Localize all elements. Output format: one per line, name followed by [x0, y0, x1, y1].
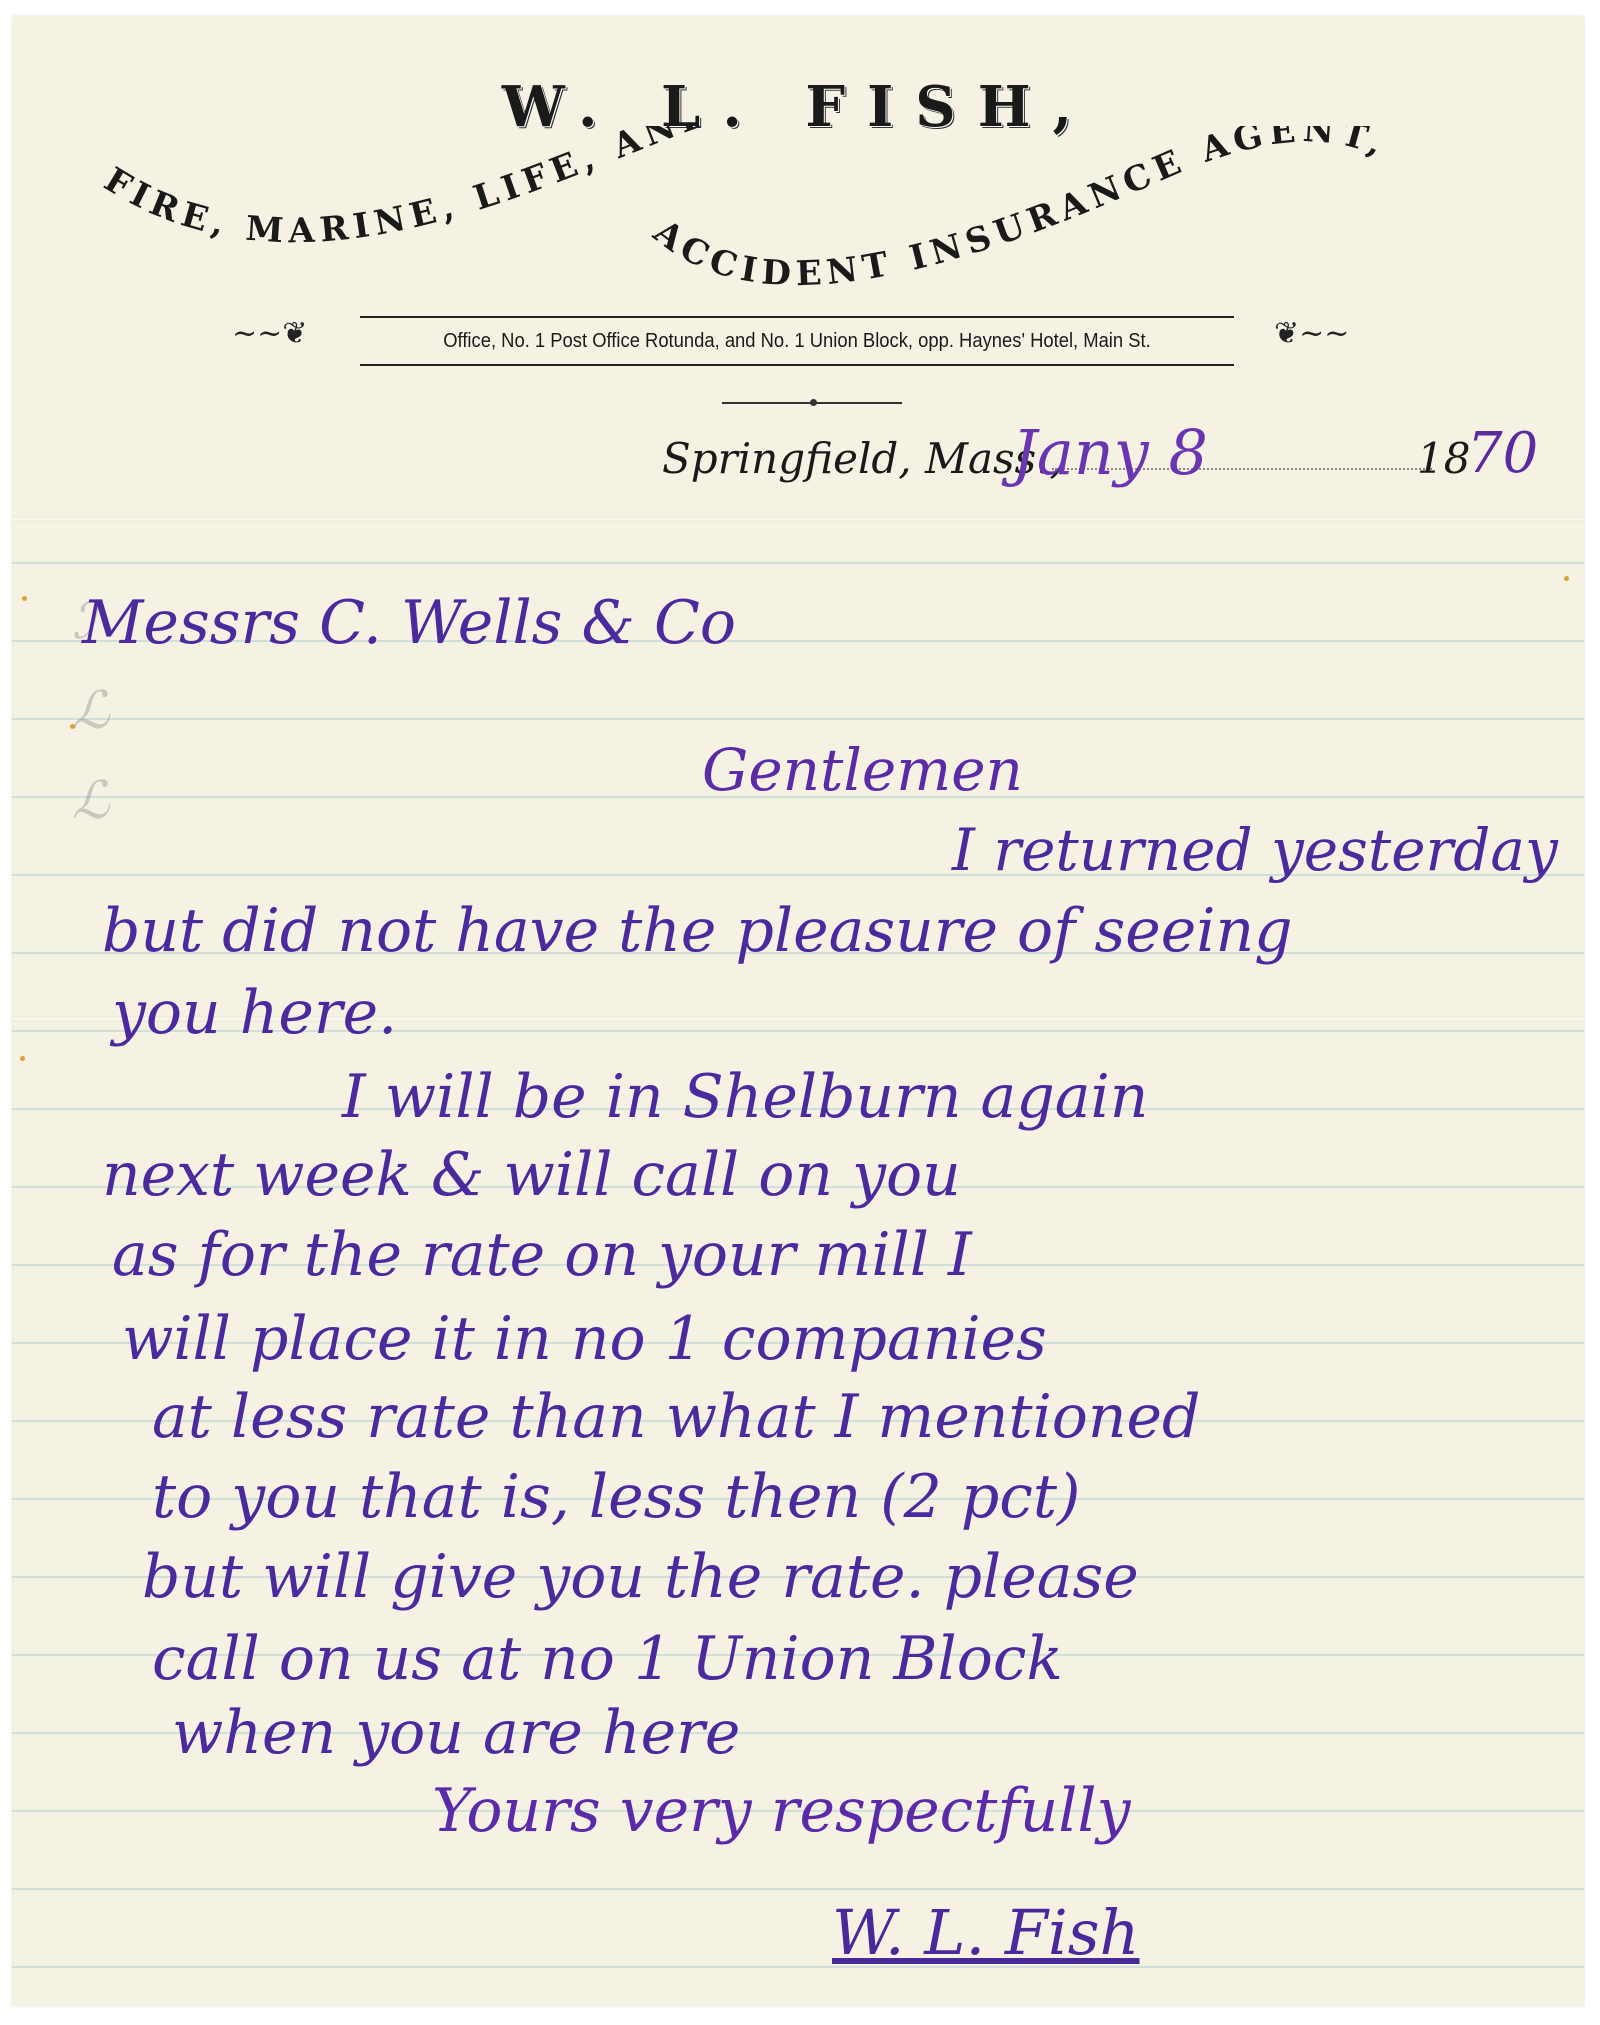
letter-line: I will be in Shelburn again [342, 1062, 1148, 1132]
ruled-line [12, 1888, 1584, 1890]
paper-speck [1564, 576, 1569, 581]
ruled-line [12, 718, 1584, 720]
divider-dot [810, 399, 817, 406]
letter-line: will place it in no 1 companies [122, 1304, 1047, 1374]
dateline-place: Springfield, Mass., [662, 434, 1063, 483]
letterhead-curved-title: FIRE, MARINE, LIFE, AND ACCIDENT INSURAN… [12, 126, 1584, 316]
dateline-year-suffix: 70 [1467, 421, 1538, 486]
letter-line: call on us at no 1 Union Block [152, 1624, 1063, 1694]
letter-closing: Yours very respectfully [432, 1776, 1131, 1846]
letter-line: when you are here [172, 1698, 740, 1768]
paper-fold [12, 516, 1584, 522]
letter-line: you here. [112, 978, 397, 1048]
flourish-left-ornament: ~~❦ [232, 316, 307, 351]
letterhead-address: Office, No. 1 Post Office Rotunda, and N… [360, 316, 1234, 366]
letter-line: but will give you the rate. please [142, 1542, 1139, 1612]
paper-speck [20, 1056, 25, 1061]
ruled-line [12, 562, 1584, 564]
dateline-month-day: Jany 8 [1012, 416, 1208, 489]
dateline-year-prefix: 18 [1417, 434, 1470, 483]
letterhead-line-upper: FIRE, MARINE, LIFE, AND [97, 126, 720, 252]
letter-line: as for the rate on your mill I [112, 1220, 972, 1290]
letter-line: next week & will call on you [102, 1140, 961, 1210]
letter-signature: W. L. Fish [832, 1896, 1140, 1969]
letter-line: I returned yesterday [952, 816, 1558, 884]
address-text: Office, No. 1 Post Office Rotunda, and N… [443, 330, 1151, 353]
ruled-line [12, 1966, 1584, 1968]
letter-sheet: ℐℒℒ W. L. FISH, FIRE, MARINE, LIFE, AND … [12, 16, 1584, 2006]
letter-addressee: Messrs C. Wells & Co [82, 588, 736, 658]
letter-line: but did not have the pleasure of seeing [102, 896, 1293, 966]
flourish-right-ornament: ❦~~ [1274, 316, 1349, 351]
letter-line: to you that is, less then (2 pct) [152, 1462, 1080, 1532]
letter-line: at less rate than what I mentioned [152, 1382, 1200, 1452]
letterhead-line-lower: ACCIDENT INSURANCE AGENT, [645, 126, 1394, 294]
paper-speck [22, 596, 27, 601]
letter-salutation: Gentlemen [702, 736, 1023, 804]
